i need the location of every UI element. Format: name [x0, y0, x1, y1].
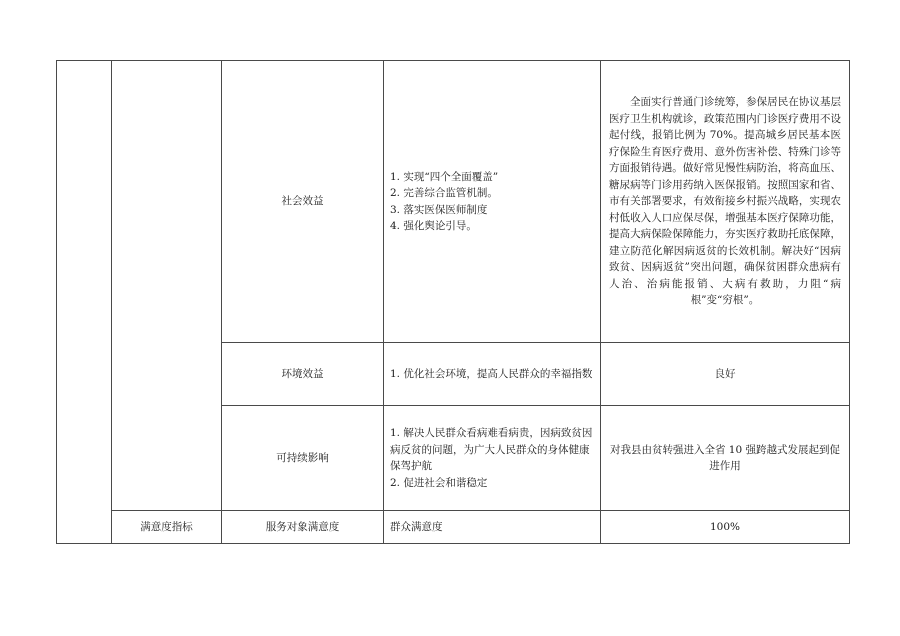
- content-cell-service-satisfaction: 群众满意度: [384, 511, 601, 544]
- content-cell-social-benefit: 1. 实现“四个全面覆盖” 2. 完善综合监管机制。 3. 落实医保医师制度 4…: [384, 61, 601, 343]
- value-cell-sustainable-impact: 对我县由贫转强进入全省 10 强跨越式发展起到促进作用: [601, 406, 850, 511]
- content-line: 群众满意度: [390, 519, 594, 536]
- indicator-cell-social-benefit: 社会效益: [222, 61, 384, 343]
- content-cell-environmental-benefit: 1. 优化社会环境，提高人民群众的幸福指数: [384, 343, 601, 406]
- level2-cell-effect: [112, 61, 222, 511]
- content-line: 2. 完善综合监管机制。: [390, 185, 594, 202]
- document-page: 社会效益 1. 实现“四个全面覆盖” 2. 完善综合监管机制。 3. 落实医保医…: [0, 0, 900, 636]
- level2-cell-satisfaction: 满意度指标: [112, 511, 222, 544]
- performance-indicator-table: 社会效益 1. 实现“四个全面覆盖” 2. 完善综合监管机制。 3. 落实医保医…: [56, 60, 850, 544]
- indicator-cell-environmental-benefit: 环境效益: [222, 343, 384, 406]
- value-cell-social-benefit: 全面实行普通门诊统筹，参保居民在协议基层医疗卫生机构就诊，政策范围内门诊医疗费用…: [601, 61, 850, 343]
- value-cell-service-satisfaction: 100%: [601, 511, 850, 544]
- content-line: 1. 解决人民群众看病难看病贵，因病致贫因病反贫的问题，为广大人民群众的身体健康…: [390, 425, 594, 475]
- content-line: 3. 落实医保医师制度: [390, 202, 594, 219]
- value-cell-environmental-benefit: 良好: [601, 343, 850, 406]
- level1-cell: [57, 61, 112, 544]
- content-line: 4. 强化舆论引导。: [390, 218, 594, 235]
- indicator-cell-sustainable-impact: 可持续影响: [222, 406, 384, 511]
- content-line: 1. 实现“四个全面覆盖”: [390, 169, 594, 186]
- value-paragraph: 全面实行普通门诊统筹，参保居民在协议基层医疗卫生机构就诊，政策范围内门诊医疗费用…: [609, 94, 841, 309]
- indicator-cell-service-satisfaction: 服务对象满意度: [222, 511, 384, 544]
- content-line: 2. 促进社会和谐稳定: [390, 475, 594, 492]
- content-line: 1. 优化社会环境，提高人民群众的幸福指数: [390, 366, 594, 383]
- table-row-satisfaction: 满意度指标 服务对象满意度 群众满意度 100%: [57, 511, 850, 544]
- content-cell-sustainable-impact: 1. 解决人民群众看病难看病贵，因病致贫因病反贫的问题，为广大人民群众的身体健康…: [384, 406, 601, 511]
- table-row-social-benefit: 社会效益 1. 实现“四个全面覆盖” 2. 完善综合监管机制。 3. 落实医保医…: [57, 61, 850, 343]
